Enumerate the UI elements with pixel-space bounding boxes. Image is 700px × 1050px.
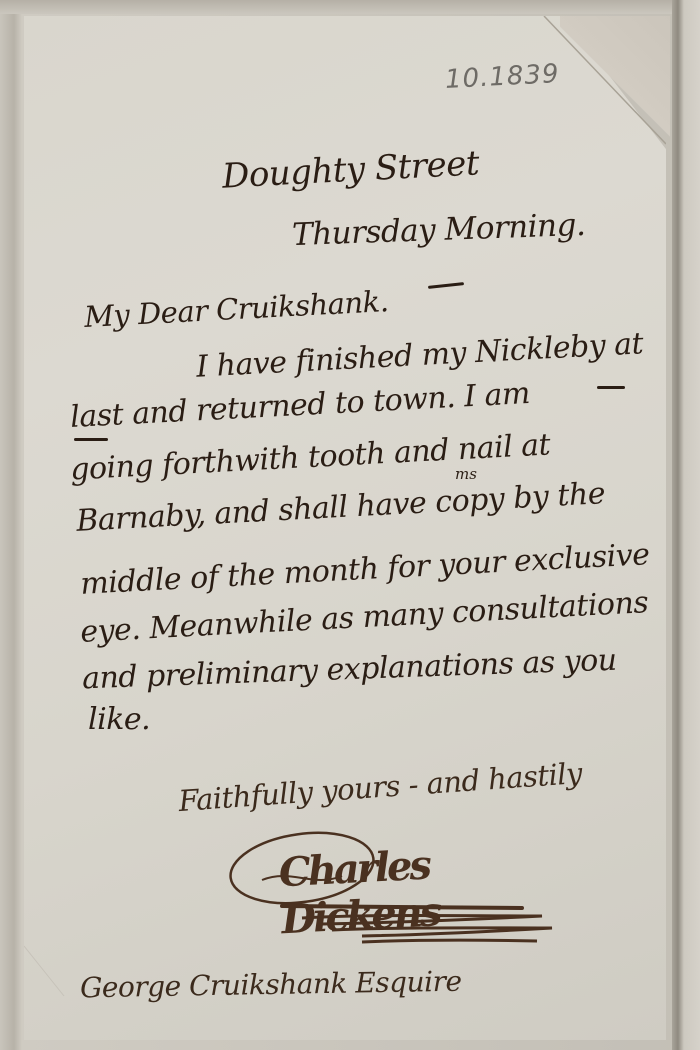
underline-at <box>597 386 625 389</box>
archive-number: 10.1839 <box>444 59 560 95</box>
frame-top-edge <box>0 0 700 14</box>
signature: Charles Dickens <box>278 835 565 944</box>
signature-block: Charles Dickens <box>222 828 562 953</box>
corner-mount-tab <box>560 16 670 146</box>
interlinear-insertion: ms <box>455 465 477 483</box>
underline-last <box>74 438 108 441</box>
body-line-8: like. <box>88 702 150 737</box>
addressee: George Cruikshank Esquire <box>80 965 462 1005</box>
frame-right-edge <box>672 0 700 1050</box>
